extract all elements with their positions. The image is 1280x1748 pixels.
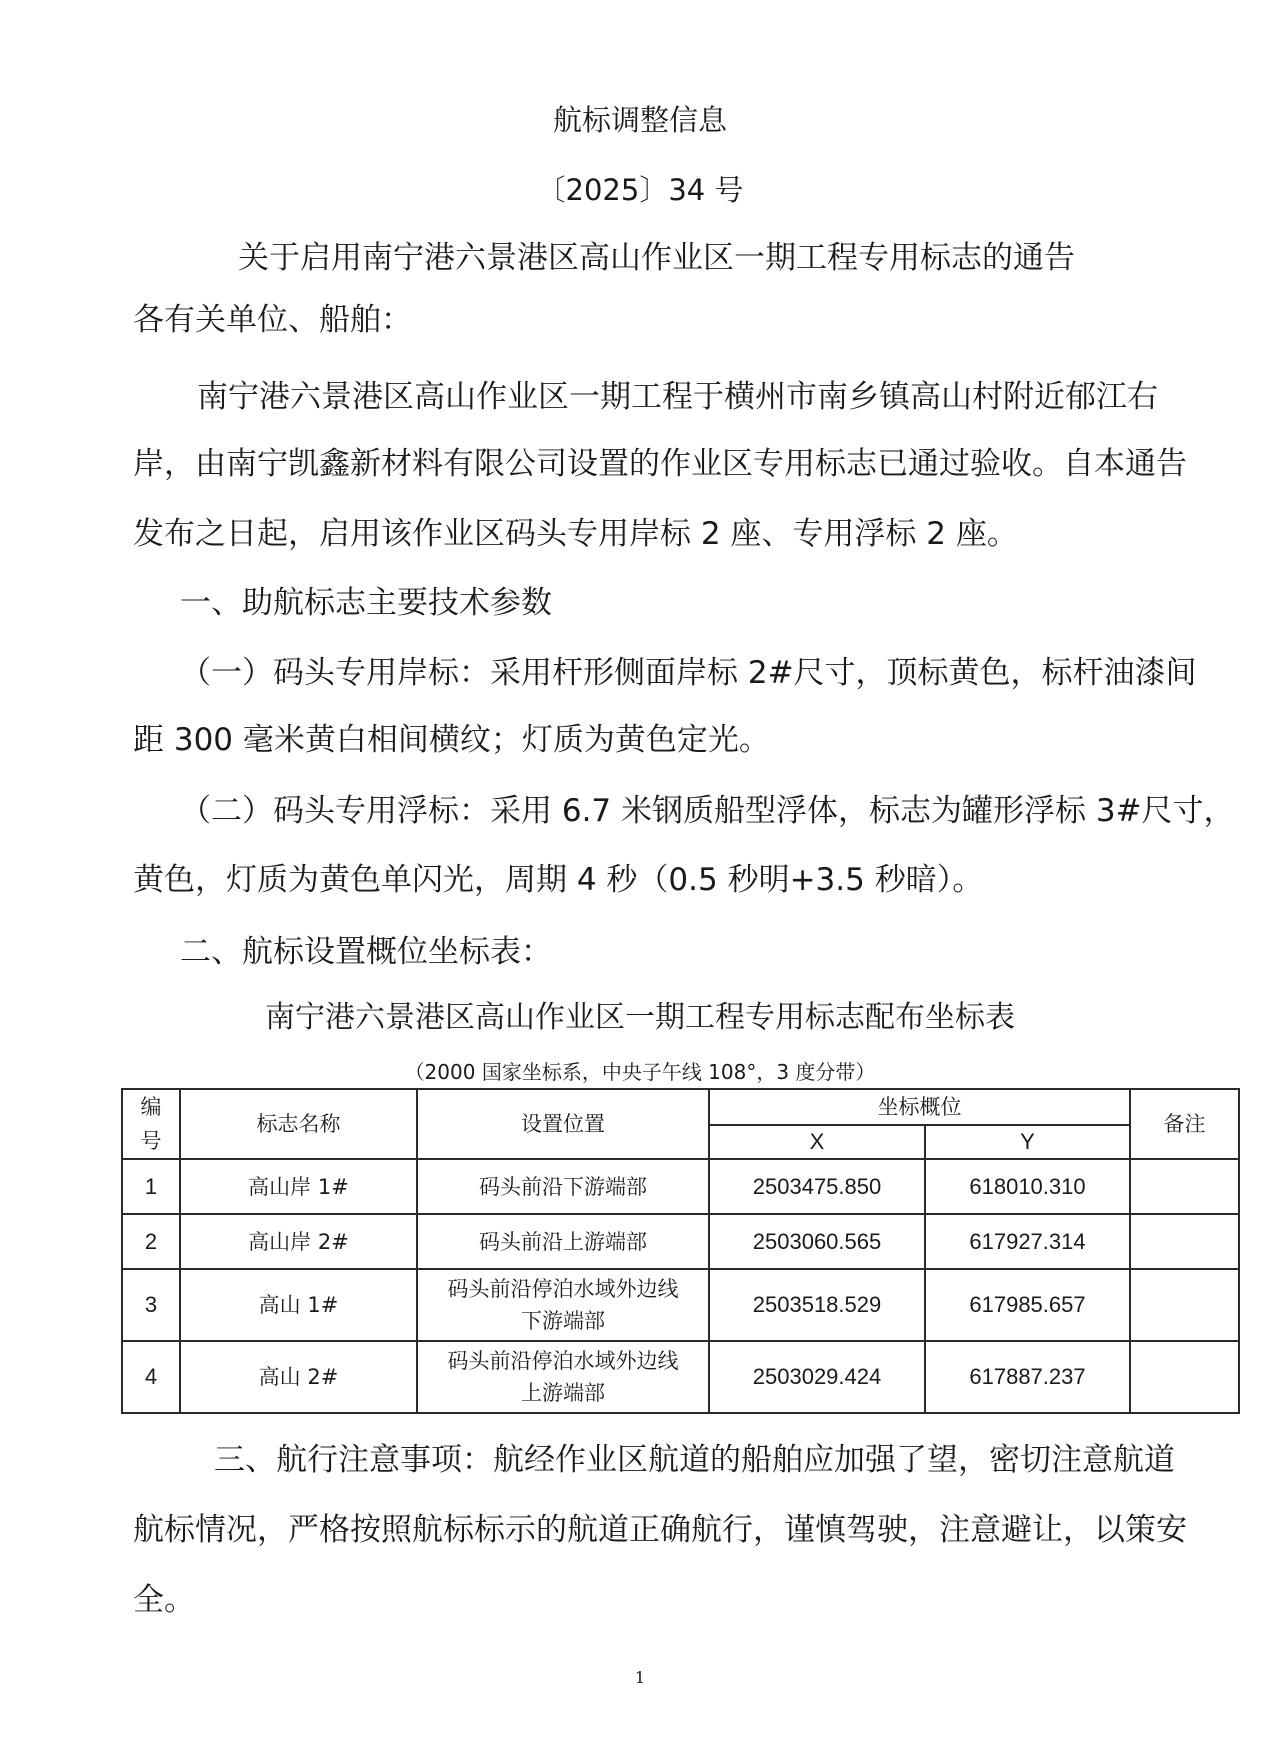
cell-name: 高山 1# xyxy=(180,1269,417,1341)
section2-heading: 二、航标设置概位坐标表： xyxy=(180,932,552,972)
header-no: 编号 xyxy=(122,1089,180,1159)
cell-x: 2503029.424 xyxy=(709,1341,925,1413)
cell-no: 2 xyxy=(122,1214,180,1269)
cell-name: 高山岸 2# xyxy=(180,1214,417,1269)
section3-line: 三、航行注意事项：航经作业区航道的船舶应加强了望，密切注意航道 xyxy=(214,1440,1175,1480)
cell-y: 617985.657 xyxy=(925,1269,1130,1341)
cell-location: 码头前沿停泊水域外边线 下游端部 xyxy=(417,1269,709,1341)
cell-location: 码头前沿停泊水域外边线 上游端部 xyxy=(417,1341,709,1413)
coordinates-table: 编号 标志名称 设置位置 坐标概位 备注 X Y 1 高山岸 1# 码头前沿下游… xyxy=(121,1088,1240,1414)
page-number: 1 xyxy=(0,1658,1280,1698)
header-y: Y xyxy=(925,1125,1130,1159)
cell-remark xyxy=(1130,1341,1239,1413)
intro-line: 岸，由南宁凯鑫新材料有限公司设置的作业区专用标志已通过验收。自本通告 xyxy=(133,444,1187,484)
cell-location: 码头前沿上游端部 xyxy=(417,1214,709,1269)
cell-x: 2503475.850 xyxy=(709,1159,925,1214)
table-note: （2000 国家坐标系，中央子午线 108°，3 度分带） xyxy=(0,1052,1280,1092)
table-row: 2 高山岸 2# 码头前沿上游端部 2503060.565 617927.314 xyxy=(122,1214,1239,1269)
cell-x: 2503518.529 xyxy=(709,1269,925,1341)
table-row: 3 高山 1# 码头前沿停泊水域外边线 下游端部 2503518.529 617… xyxy=(122,1269,1239,1341)
cell-no: 3 xyxy=(122,1269,180,1341)
intro-line: 发布之日起，启用该作业区码头专用岸标 2 座、专用浮标 2 座。 xyxy=(133,514,1018,554)
item1-line: 距 300 毫米黄白相间横纹；灯质为黄色定光。 xyxy=(133,720,770,760)
section1-heading: 一、助航标志主要技术参数 xyxy=(180,583,552,623)
salutation: 各有关单位、船舶： xyxy=(133,300,412,340)
table-row: 1 高山岸 1# 码头前沿下游端部 2503475.850 618010.310 xyxy=(122,1159,1239,1214)
document-title: 航标调整信息 xyxy=(0,100,1280,140)
table-row: 4 高山 2# 码头前沿停泊水域外边线 上游端部 2503029.424 617… xyxy=(122,1341,1239,1413)
cell-y: 617887.237 xyxy=(925,1341,1130,1413)
header-name: 标志名称 xyxy=(180,1089,417,1159)
cell-y: 618010.310 xyxy=(925,1159,1130,1214)
cell-name: 高山岸 1# xyxy=(180,1159,417,1214)
section3-line: 全。 xyxy=(133,1580,195,1620)
item2-line: （二）码头专用浮标：采用 6.7 米钢质船型浮体，标志为罐形浮标 3#尺寸， xyxy=(180,791,1235,831)
cell-y: 617927.314 xyxy=(925,1214,1130,1269)
header-coords: 坐标概位 xyxy=(709,1089,1130,1125)
header-x: X xyxy=(709,1125,925,1159)
cell-name: 高山 2# xyxy=(180,1341,417,1413)
header-remark: 备注 xyxy=(1130,1089,1239,1159)
cell-remark xyxy=(1130,1214,1239,1269)
item2-line: 黄色，灯质为黄色单闪光，周期 4 秒（0.5 秒明+3.5 秒暗）。 xyxy=(133,860,983,900)
cell-x: 2503060.565 xyxy=(709,1214,925,1269)
document-number: 〔2025〕34 号 xyxy=(0,170,1280,210)
intro-line: 南宁港六景港区高山作业区一期工程于横州市南乡镇高山村附近郁江右 xyxy=(197,377,1158,417)
cell-remark xyxy=(1130,1159,1239,1214)
section3-line: 航标情况，严格按照航标标示的航道正确航行，谨慎驾驶，注意避让，以策安 xyxy=(133,1510,1187,1550)
item1-line: （一）码头专用岸标：采用杆形侧面岸标 2#尺寸，顶标黄色，标杆油漆间 xyxy=(180,653,1197,693)
cell-no: 1 xyxy=(122,1159,180,1214)
cell-location: 码头前沿下游端部 xyxy=(417,1159,709,1214)
cell-remark xyxy=(1130,1269,1239,1341)
cell-no: 4 xyxy=(122,1341,180,1413)
notice-subject: 关于启用南宁港六景港区高山作业区一期工程专用标志的通告 xyxy=(238,238,1075,278)
table-title: 南宁港六景港区高山作业区一期工程专用标志配布坐标表 xyxy=(0,998,1280,1038)
header-location: 设置位置 xyxy=(417,1089,709,1159)
